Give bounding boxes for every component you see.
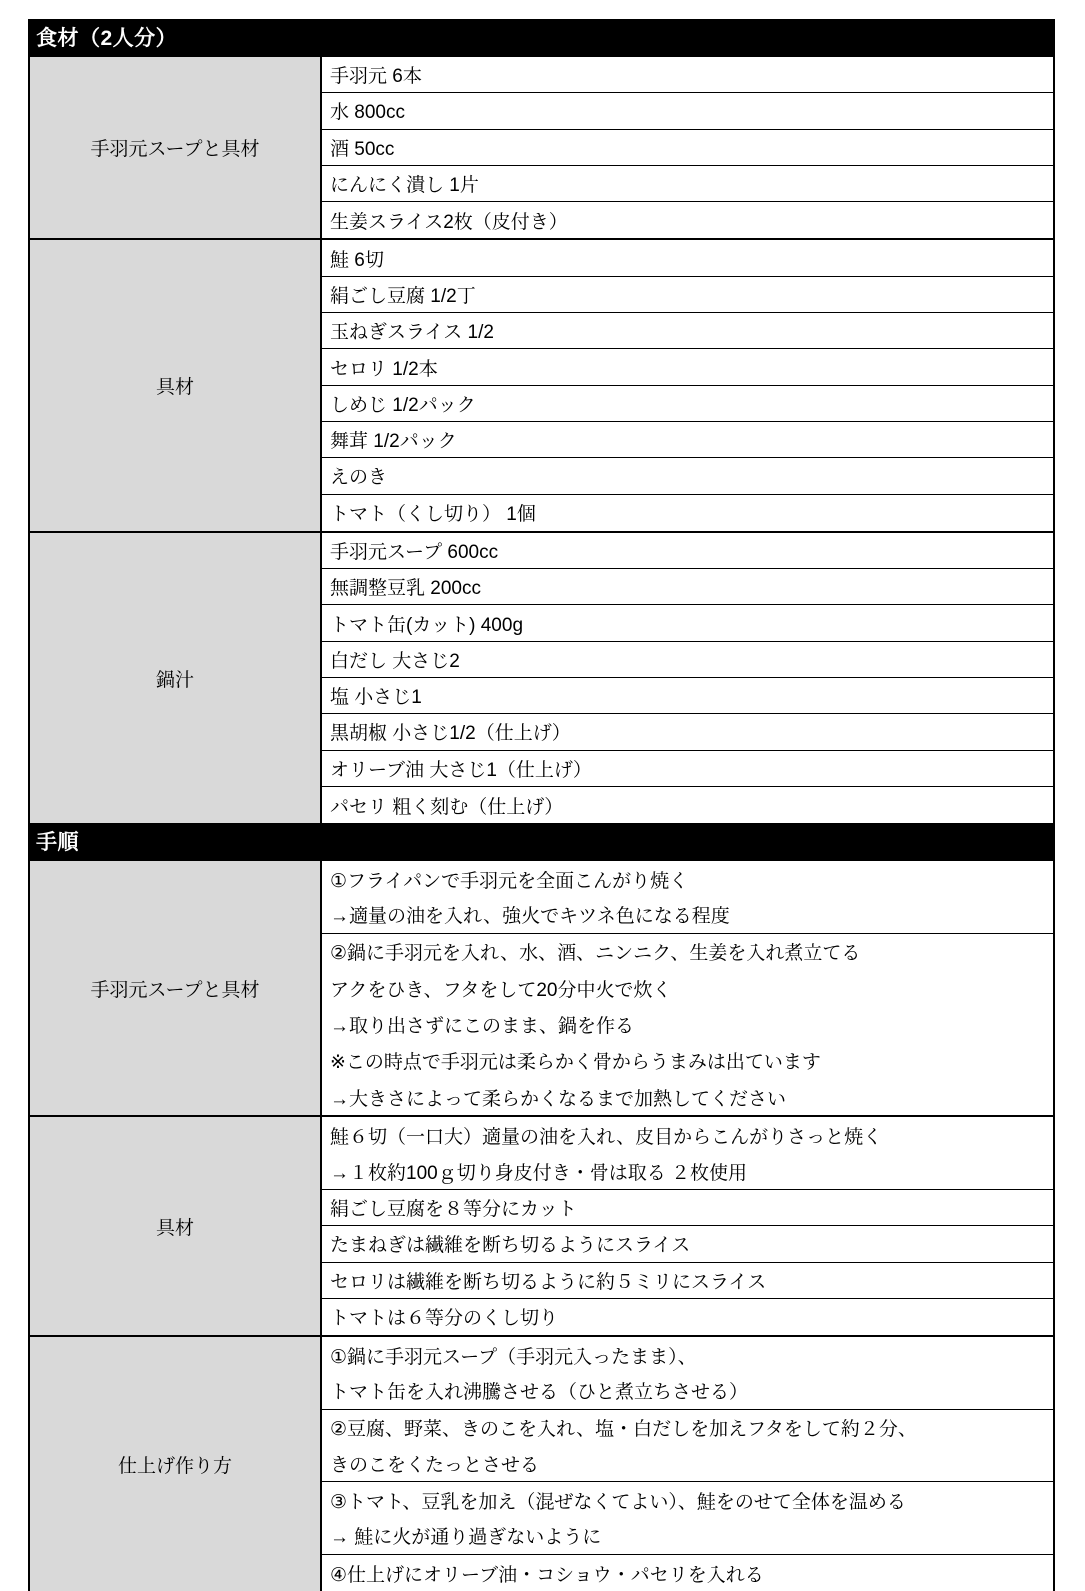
ingredient-text: 鮭 6切 [322, 240, 1053, 275]
step-text: ③トマト、豆乳を加え（混ぜなくてよい）、鮭をのせて全体を温める [322, 1482, 1053, 1518]
recipe-table: 食材（2人分）手羽元スープと具材手羽元 6本水 800cc酒 50ccにんにく潰… [28, 19, 1055, 1591]
ingredient-text: にんにく潰し 1片 [322, 166, 1053, 201]
group-label-cell: 具材 [30, 240, 322, 530]
group-content-column: ①鍋に手羽元スープ（手羽元入ったまま）、トマト缶を入れ沸騰させる（ひと煮立ちさせ… [322, 1337, 1053, 1591]
group-content-column: 手羽元スープ 600cc無調整豆乳 200ccトマト缶(カット) 400g白だし… [322, 533, 1053, 823]
group-content-column: ①フライパンで手羽元を全面こんがり焼く→適量の油を入れ、強火でキツネ色になる程度… [322, 861, 1053, 1115]
step-cell: たまねぎは繊維を断ち切るようにスライス [322, 1226, 1053, 1262]
ingredient-text: 絹ごし豆腐 1/2丁 [322, 277, 1053, 312]
group-content-column: 手羽元 6本水 800cc酒 50ccにんにく潰し 1片生姜スライス2枚（皮付き… [322, 57, 1053, 238]
ingredient-text: 白だし 大さじ2 [322, 642, 1053, 677]
ingredient-text: セロリ 1/2本 [322, 349, 1053, 384]
ingredient-cell: えのき [322, 458, 1053, 494]
group-label: 鍋汁 [156, 665, 194, 692]
ingredient-text: 黒胡椒 小さじ1/2（仕上げ） [322, 714, 1053, 749]
section-header: 手順 [30, 825, 1053, 861]
ingredient-text: オリーブ油 大さじ1（仕上げ） [322, 751, 1053, 786]
group-content-column: 鮭 6切絹ごし豆腐 1/2丁玉ねぎスライス 1/2セロリ 1/2本しめじ 1/2… [322, 240, 1053, 530]
ingredient-text: 水 800cc [322, 93, 1053, 128]
step-text: ④仕上げにオリーブ油・コショウ・パセリを入れる [322, 1555, 1053, 1591]
recipe-page: 食材（2人分）手羽元スープと具材手羽元 6本水 800cc酒 50ccにんにく潰… [0, 0, 1085, 1591]
group-label-cell: 手羽元スープと具材 [30, 861, 322, 1115]
step-text: ②豆腐、野菜、きのこを入れ、塩・白だしを加えフタをして約２分、 [322, 1410, 1053, 1446]
step-text: 鮭６切（一口大）適量の油を入れ、皮目からこんがりさっと焼く [322, 1117, 1053, 1153]
ingredient-cell: トマト缶(カット) 400g [322, 605, 1053, 641]
ingredient-text: 玉ねぎスライス 1/2 [322, 313, 1053, 348]
ingredient-cell: 酒 50cc [322, 130, 1053, 166]
group-row: 具材鮭６切（一口大）適量の油を入れ、皮目からこんがりさっと焼く→１枚約100ｇ切… [30, 1117, 1053, 1337]
ingredient-text: しめじ 1/2パック [322, 386, 1053, 421]
step-cell: 絹ごし豆腐を８等分にカット [322, 1190, 1053, 1226]
step-cell: ①鍋に手羽元スープ（手羽元入ったまま）、トマト缶を入れ沸騰させる（ひと煮立ちさせ… [322, 1337, 1053, 1410]
ingredient-text: 手羽元スープ 600cc [322, 533, 1053, 568]
group-row: 仕上げ作り方①鍋に手羽元スープ（手羽元入ったまま）、トマト缶を入れ沸騰させる（ひ… [30, 1337, 1053, 1591]
step-cell: ②鍋に手羽元を入れ、水、酒、ニンニク、生姜を入れ煮立てるアクをひき、フタをして2… [322, 934, 1053, 1116]
group-label: 具材 [156, 372, 194, 399]
ingredient-cell: 白だし 大さじ2 [322, 642, 1053, 678]
ingredient-cell: セロリ 1/2本 [322, 349, 1053, 385]
group-row: 手羽元スープと具材手羽元 6本水 800cc酒 50ccにんにく潰し 1片生姜ス… [30, 57, 1053, 240]
step-text: →１枚約100ｇ切り身皮付き・骨は取る ２枚使用 [322, 1153, 1053, 1189]
ingredient-cell: しめじ 1/2パック [322, 386, 1053, 422]
ingredient-cell: 手羽元スープ 600cc [322, 533, 1053, 569]
ingredient-text: 塩 小さじ1 [322, 678, 1053, 713]
group-label: 手羽元スープと具材 [90, 134, 259, 161]
section-header: 食材（2人分） [30, 21, 1053, 57]
step-text: ②鍋に手羽元を入れ、水、酒、ニンニク、生姜を入れ煮立てる [322, 934, 1053, 970]
step-text: ※この時点で手羽元は柔らかく骨からうまみは出ています [322, 1043, 1053, 1079]
group-row: 手羽元スープと具材①フライパンで手羽元を全面こんがり焼く→適量の油を入れ、強火で… [30, 861, 1053, 1117]
step-cell: ④仕上げにオリーブ油・コショウ・パセリを入れる [322, 1555, 1053, 1591]
ingredient-cell: 水 800cc [322, 93, 1053, 129]
ingredient-text: 生姜スライス2枚（皮付き） [322, 202, 1053, 238]
ingredient-cell: オリーブ油 大さじ1（仕上げ） [322, 751, 1053, 787]
step-cell: ①フライパンで手羽元を全面こんがり焼く→適量の油を入れ、強火でキツネ色になる程度 [322, 861, 1053, 934]
ingredient-cell: 黒胡椒 小さじ1/2（仕上げ） [322, 714, 1053, 750]
step-text: たまねぎは繊維を断ち切るようにスライス [322, 1226, 1053, 1261]
step-cell: セロリは繊維を断ち切るように約５ミリにスライス [322, 1263, 1053, 1299]
group-label-cell: 鍋汁 [30, 533, 322, 823]
group-label-cell: 手羽元スープと具材 [30, 57, 322, 238]
ingredient-cell: 鮭 6切 [322, 240, 1053, 276]
ingredient-text: 無調整豆乳 200cc [322, 569, 1053, 604]
step-text: トマトは６等分のくし切り [322, 1299, 1053, 1335]
group-row: 鍋汁手羽元スープ 600cc無調整豆乳 200ccトマト缶(カット) 400g白… [30, 533, 1053, 825]
ingredient-cell: 生姜スライス2枚（皮付き） [322, 202, 1053, 238]
ingredient-text: 酒 50cc [322, 130, 1053, 165]
step-cell: ②豆腐、野菜、きのこを入れ、塩・白だしを加えフタをして約２分、きのこをくたっとさ… [322, 1410, 1053, 1483]
group-label-cell: 具材 [30, 1117, 322, 1335]
step-text: トマト缶を入れ沸騰させる（ひと煮立ちさせる） [322, 1373, 1053, 1409]
ingredient-text: 手羽元 6本 [322, 57, 1053, 92]
step-text: セロリは繊維を断ち切るように約５ミリにスライス [322, 1263, 1053, 1298]
step-cell: 鮭６切（一口大）適量の油を入れ、皮目からこんがりさっと焼く→１枚約100ｇ切り身… [322, 1117, 1053, 1190]
ingredient-cell: 無調整豆乳 200cc [322, 569, 1053, 605]
step-cell: トマトは６等分のくし切り [322, 1299, 1053, 1335]
step-text: ①鍋に手羽元スープ（手羽元入ったまま）、 [322, 1337, 1053, 1373]
ingredient-cell: トマト（くし切り） 1個 [322, 495, 1053, 531]
group-label: 具材 [156, 1213, 194, 1240]
step-text: → 鮭に火が通り過ぎないように [322, 1518, 1053, 1554]
step-text: →大きさによって柔らかくなるまで加熱してください [322, 1079, 1053, 1115]
ingredient-cell: 玉ねぎスライス 1/2 [322, 313, 1053, 349]
group-label: 仕上げ作り方 [118, 1451, 232, 1478]
step-text: 絹ごし豆腐を８等分にカット [322, 1190, 1053, 1225]
step-text: →適量の油を入れ、強火でキツネ色になる程度 [322, 897, 1053, 933]
ingredient-text: 舞茸 1/2パック [322, 422, 1053, 457]
ingredient-cell: 舞茸 1/2パック [322, 422, 1053, 458]
ingredient-text: パセリ 粗く刻む（仕上げ） [322, 787, 1053, 823]
step-text: きのこをくたっとさせる [322, 1446, 1053, 1482]
ingredient-cell: 手羽元 6本 [322, 57, 1053, 93]
step-text: ①フライパンで手羽元を全面こんがり焼く [322, 861, 1053, 897]
step-text: →取り出さずにこのまま、鍋を作る [322, 1006, 1053, 1042]
ingredient-text: トマト缶(カット) 400g [322, 605, 1053, 640]
ingredient-cell: パセリ 粗く刻む（仕上げ） [322, 787, 1053, 823]
group-label-cell: 仕上げ作り方 [30, 1337, 322, 1591]
group-content-column: 鮭６切（一口大）適量の油を入れ、皮目からこんがりさっと焼く→１枚約100ｇ切り身… [322, 1117, 1053, 1335]
ingredient-cell: 塩 小さじ1 [322, 678, 1053, 714]
step-text: アクをひき、フタをして20分中火で炊く [322, 970, 1053, 1006]
group-row: 具材鮭 6切絹ごし豆腐 1/2丁玉ねぎスライス 1/2セロリ 1/2本しめじ 1… [30, 240, 1053, 532]
ingredient-text: トマト（くし切り） 1個 [322, 495, 1053, 531]
ingredient-cell: 絹ごし豆腐 1/2丁 [322, 277, 1053, 313]
group-label: 手羽元スープと具材 [90, 975, 259, 1002]
step-cell: ③トマト、豆乳を加え（混ぜなくてよい）、鮭をのせて全体を温める→ 鮭に火が通り過… [322, 1482, 1053, 1555]
ingredient-cell: にんにく潰し 1片 [322, 166, 1053, 202]
ingredient-text: えのき [322, 458, 1053, 493]
